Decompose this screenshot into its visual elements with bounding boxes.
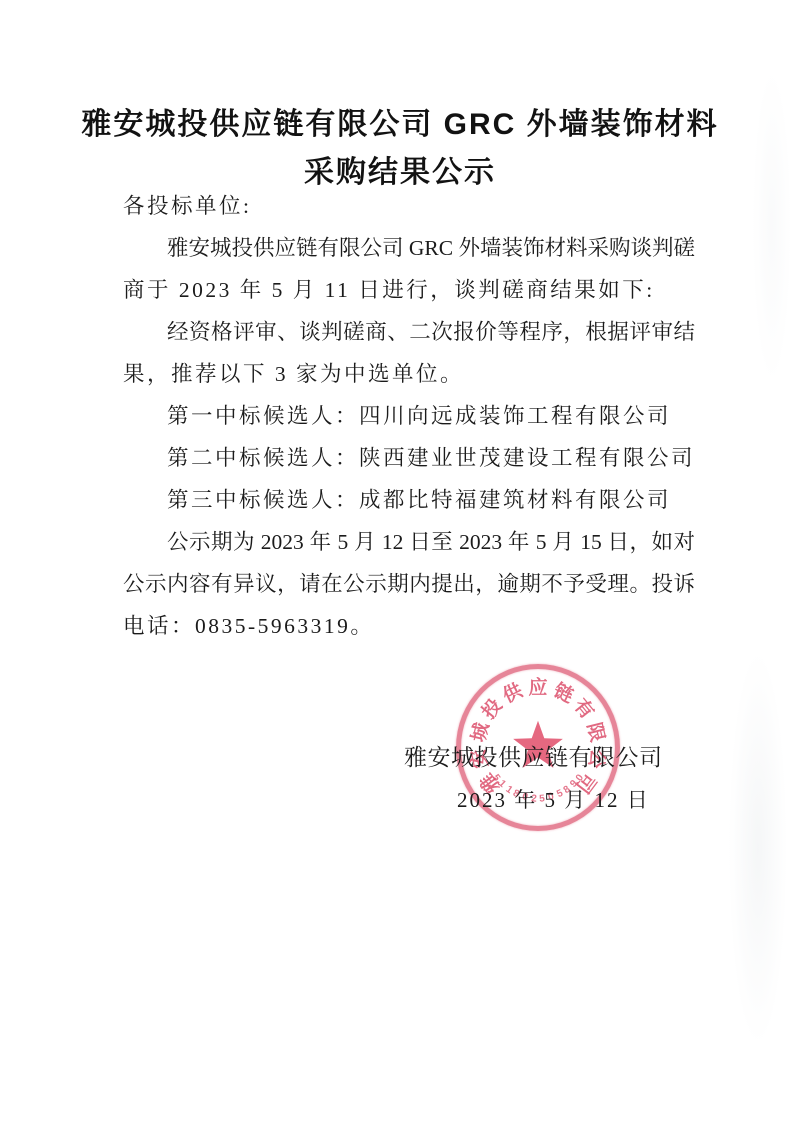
signature-date: 2023 年 5 月 12 日	[457, 784, 650, 814]
body-line-candidate-1: 第一中标候选人：四川向远成装饰工程有限公司	[123, 400, 695, 434]
body-line-notice-a: 公示期为 2023 年 5 月 12 日至 2023 年 5 月 15 日，如对	[123, 526, 695, 560]
body-line-salutation: 各投标单位:	[123, 190, 695, 224]
body-line-phone: 电话：0835-5963319。	[123, 610, 695, 644]
document-title-line-2: 采购结果公示	[0, 147, 800, 191]
seal-arc-char: 应	[528, 673, 547, 700]
body-line-candidate-2: 第二中标候选人：陕西建业世茂建设工程有限公司	[123, 442, 695, 476]
document-title-line-1: 雅安城投供应链有限公司 GRC 外墙装饰材料	[0, 99, 800, 143]
body-line-candidate-3: 第三中标候选人：成都比特福建筑材料有限公司	[123, 484, 695, 518]
body-line-paragraph1-b: 商于 2023 年 5 月 11 日进行，谈判磋商结果如下:	[123, 274, 695, 308]
body-line-notice-b: 公示内容有异议，请在公示期内提出，逾期不予受理。投诉	[123, 568, 695, 602]
document-page: 雅安城投供应链有限公司 GRC 外墙装饰材料 采购结果公示 各投标单位: 雅安城…	[0, 0, 800, 1131]
body-line-paragraph2-a: 经资格评审、谈判磋商、二次报价等程序，根据评审结	[123, 316, 695, 350]
body-line-paragraph1-a: 雅安城投供应链有限公司 GRC 外墙装饰材料采购谈判磋	[123, 232, 695, 266]
body-line-paragraph2-b: 果，推荐以下 3 家为中选单位。	[123, 358, 695, 392]
signature-company: 雅安城投供应链有限公司	[404, 739, 663, 772]
